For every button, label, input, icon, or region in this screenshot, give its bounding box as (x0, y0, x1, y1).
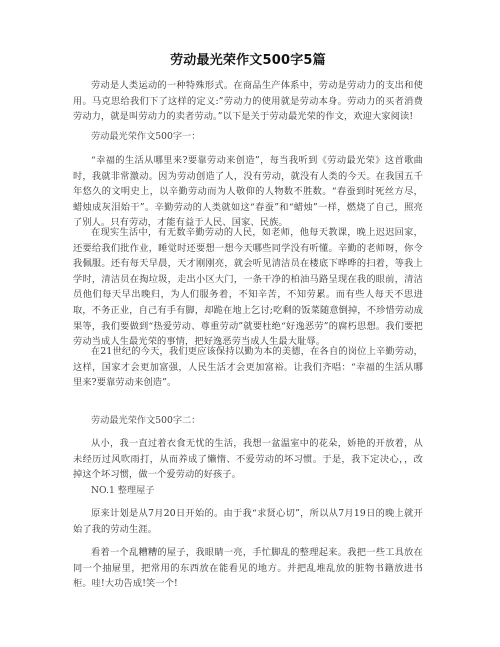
essay-1-paragraph-3: 在21世纪的今天，我们更应该保持以勤为本的美德，在各自的岗位上辛勤劳动，这样，国… (73, 344, 423, 391)
document-title: 劳动最光荣作文500字5篇 (73, 53, 423, 69)
essay-1-paragraph-1: “幸福的生活从哪里来?要靠劳动来创造”，每当我听到《劳动最光荣》这首歌曲时，我就… (73, 153, 423, 231)
essay-2-paragraph-1: 从小，我一直过着衣食无忧的生活，我想一盆温室中的花朵，娇艳的开放着，从未经历过风… (73, 436, 423, 483)
essay-2-subheading: NO.1 整理屋子 (91, 483, 154, 499)
essay-1-paragraph-2: 在现实生活中，有无数辛勤劳动的人民，如老师，他每天教课，晚上迟迟回家，还要给我们… (73, 225, 423, 350)
essay-2-subparagraph-1: 原来计划是从7月20日开始的。由于我“求贤心切”，所以从7月19日的晚上就开始了… (73, 506, 423, 537)
essay-1-heading: 劳动最光荣作文500字一： (91, 129, 200, 145)
essay-2-subparagraph-2: 看着一个乱糟糟的屋子，我眼睛一亮，手忙脚乱的整理起来。我把一些工具放在同一个抽屉… (73, 545, 423, 592)
intro-paragraph: 劳动是人类运动的一种特殊形式。在商品生产体系中，劳动是劳动力的支出和使用。马克思… (73, 78, 423, 125)
essay-2-heading: 劳动最光荣作文500字二： (91, 413, 200, 429)
